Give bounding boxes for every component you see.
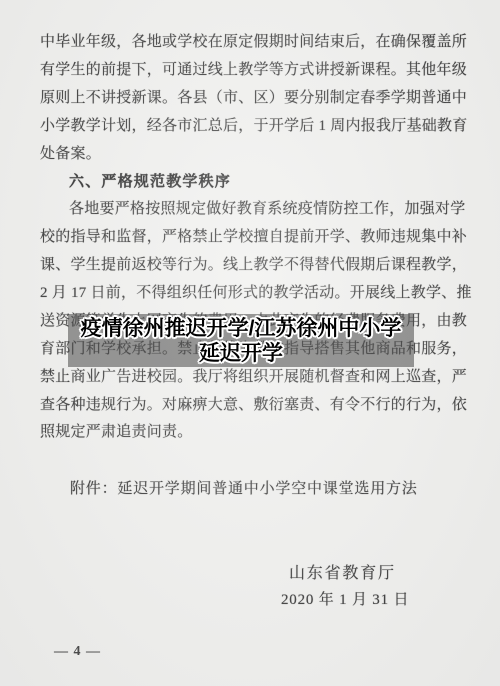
document-line: 禁止商业广告进校园。我厅将组织开展随机督查和网上巡查，严 [40, 364, 464, 392]
document-line: 课、学生提前返校等行为。线上教学不得替代假期后课程教学， [40, 252, 464, 280]
issuing-authority: 山东省教育厅 [289, 560, 396, 583]
document-line: 小学教学计划，经各市汇总后，于开学后 1 周内报我厅基础教育 [40, 113, 464, 141]
document-line: 有学生的前提下，可通过线上教学等方式讲授新课程。其他年级 [40, 57, 464, 85]
caption-overlay: 疫情徐州推迟开学/江苏徐州中小学 延迟开学 [68, 314, 414, 367]
issue-date: 2020 年 1 月 31 日 [281, 588, 409, 609]
attachment-line: 附件：延迟开学期间普通中小学空中课堂选用方法 [70, 477, 418, 498]
document-line: 校的指导和监督，严格禁止学校擅自提前开学、教师违规集中补 [40, 224, 464, 252]
scanned-document-page: 中毕业年级，各地或学校在原定假期时间结束后，在确保覆盖所有学生的前提下，可通过线… [0, 0, 500, 686]
document-line: 各地要严格按照规定做好教育系统疫情防控工作，加强对学 [40, 196, 464, 224]
document-line: 原则上不讲授新课。各县（市、区）要分别制定春季学期普通中 [40, 85, 464, 113]
document-line: 2 月 17 日前，不得组织任何形式的教学活动。开展线上教学、推 [40, 280, 464, 308]
document-line: 中毕业年级，各地或学校在原定假期时间结束后，在确保覆盖所 [40, 29, 464, 57]
document-lines: 中毕业年级，各地或学校在原定假期时间结束后，在确保覆盖所有学生的前提下，可通过线… [40, 29, 464, 447]
document-line: 照规定严肃追责问责。 [40, 419, 464, 447]
page-number: — 4 — [54, 644, 101, 660]
document-line: 处备案。 [40, 141, 464, 169]
document-line: 六、严格规范教学秩序 [40, 168, 464, 196]
caption-line-1: 疫情徐州推迟开学/江苏徐州中小学 [81, 316, 402, 341]
document-line: 查各种违规行为。对麻痹大意、敷衍塞责、有令不行的行为，依 [40, 392, 464, 420]
caption-line-2: 延迟开学 [199, 341, 283, 366]
